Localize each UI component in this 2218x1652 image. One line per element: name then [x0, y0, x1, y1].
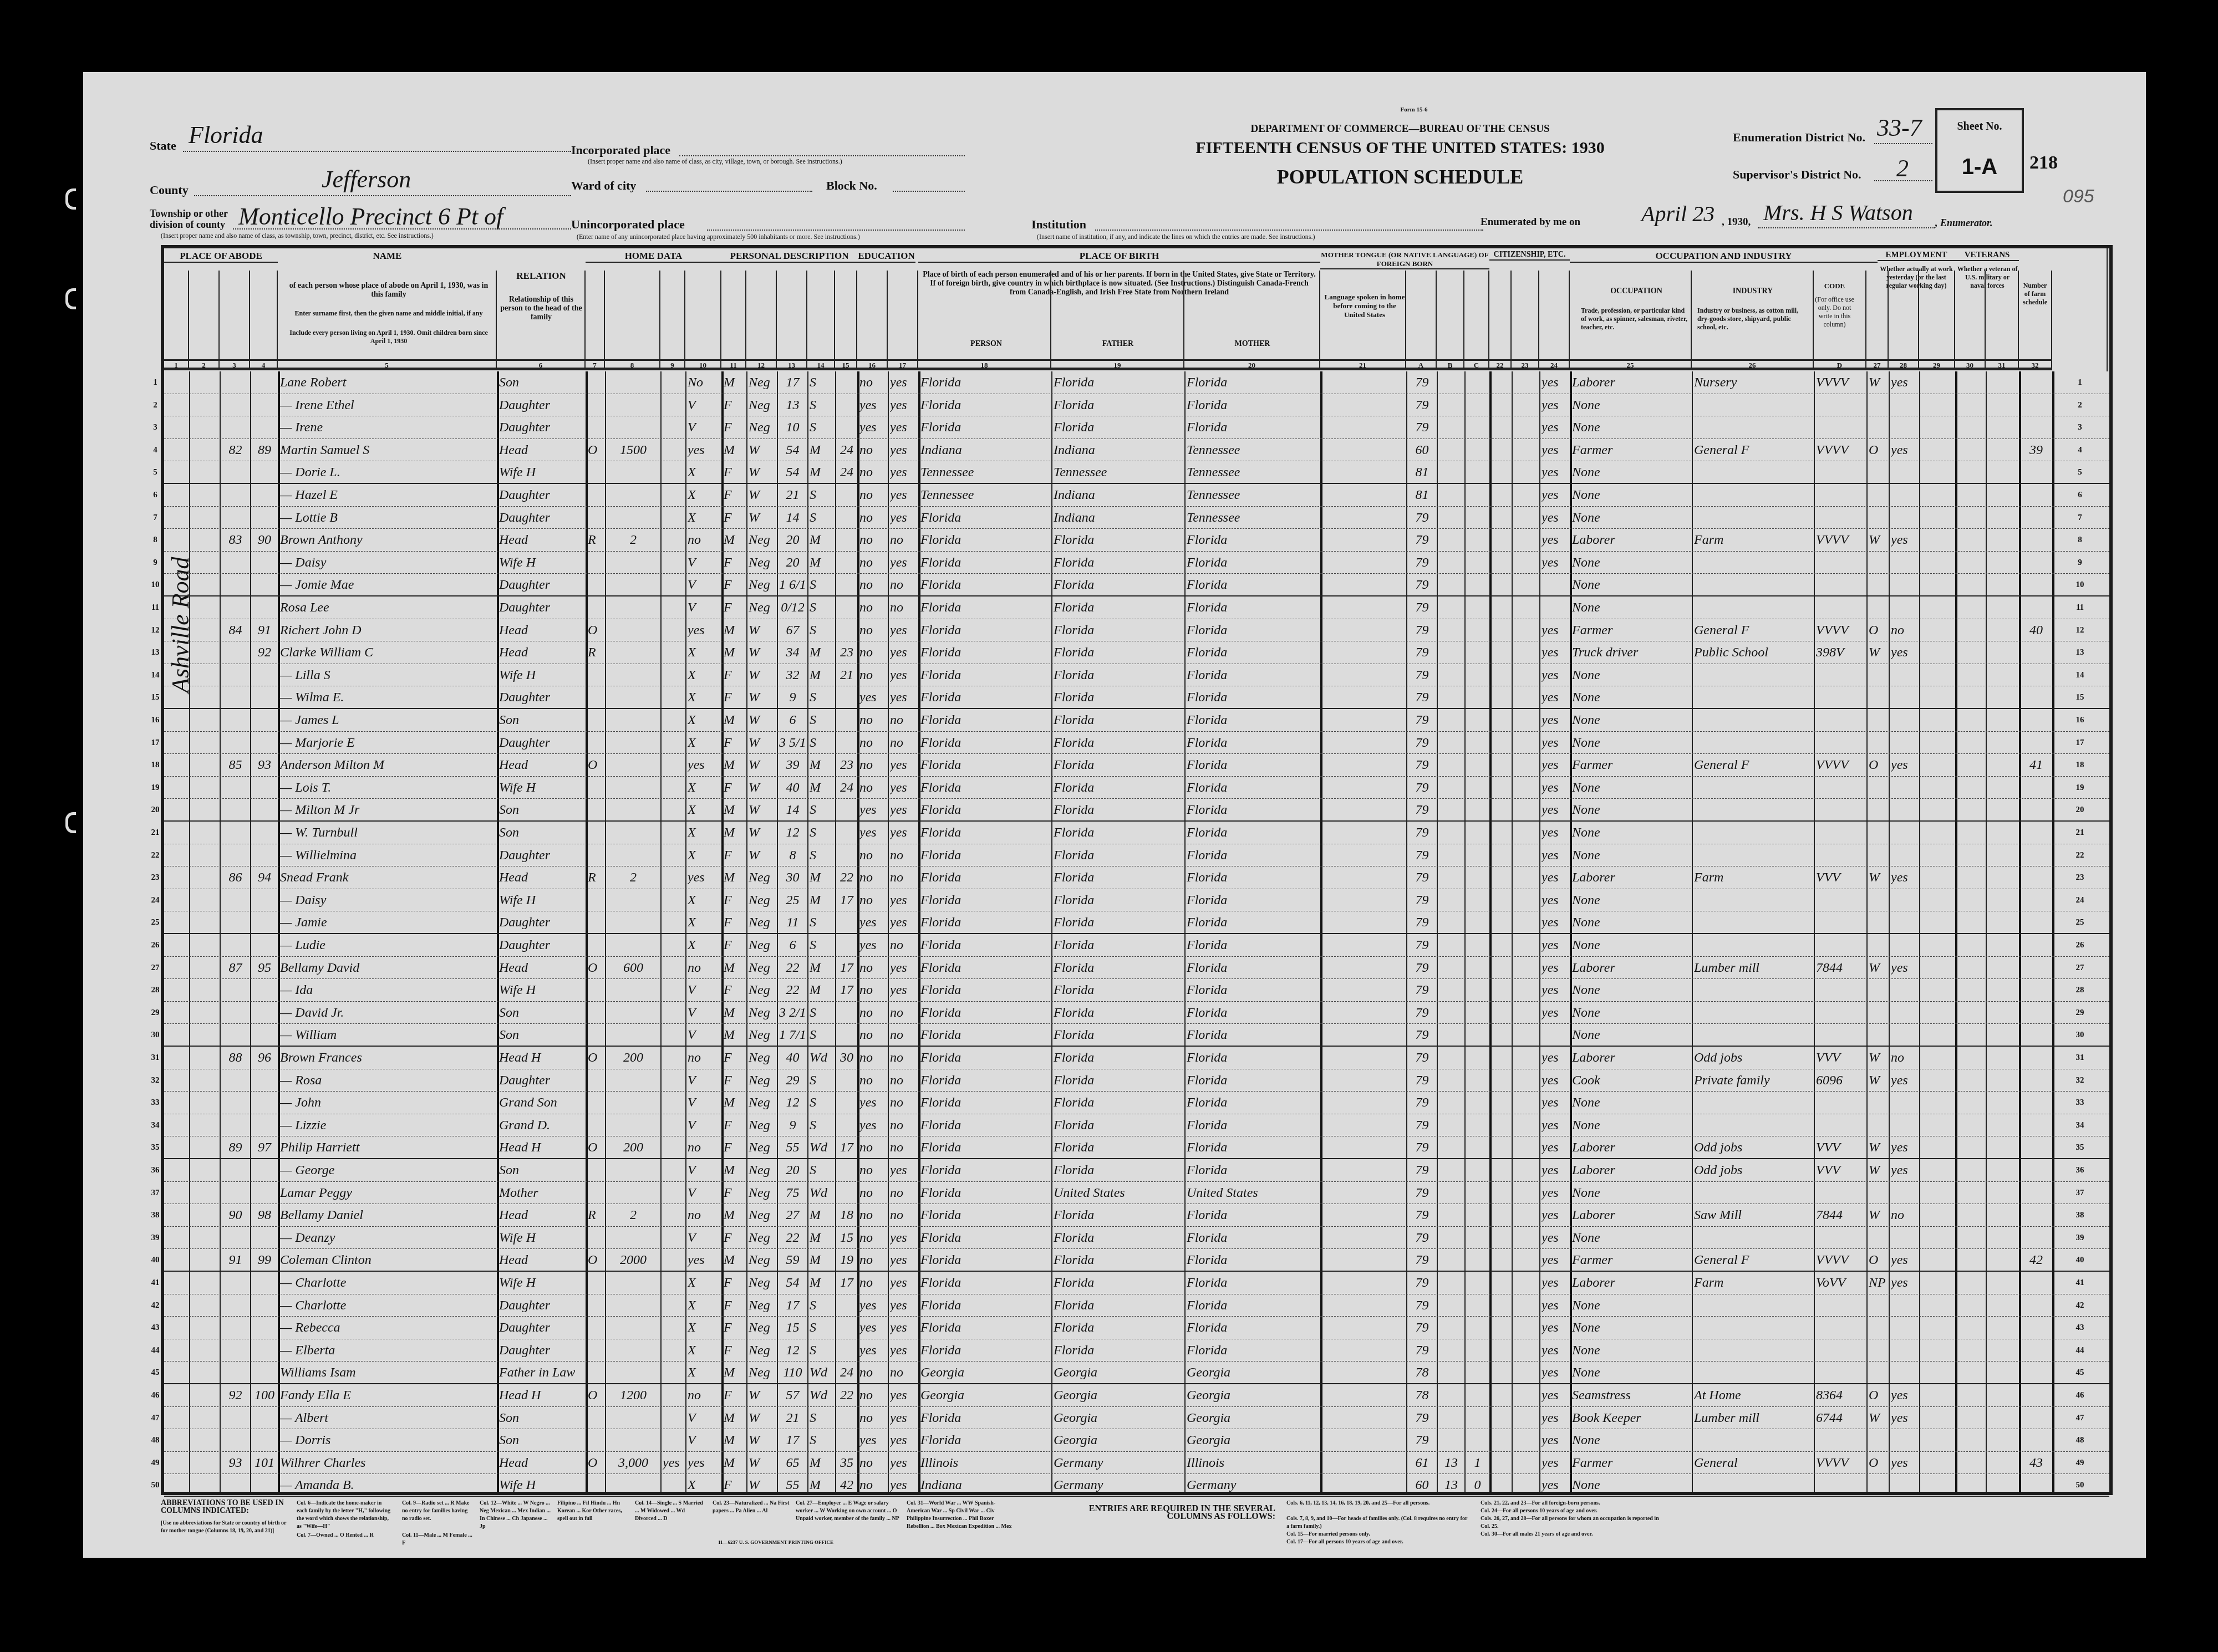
cell-literate[interactable]: yes: [890, 822, 917, 844]
cell-school[interactable]: no: [859, 889, 887, 912]
cell-code-a[interactable]: 79: [1408, 866, 1436, 889]
cell-radio[interactable]: [663, 1204, 684, 1227]
cell-dwelling[interactable]: [222, 371, 249, 394]
cell-english[interactable]: yes: [1542, 1114, 1569, 1137]
cell-family[interactable]: [252, 1362, 277, 1384]
cell-age[interactable]: 8: [779, 844, 806, 867]
cell-age-married[interactable]: [837, 484, 856, 507]
cell-radio[interactable]: [663, 596, 684, 619]
cell-tenure[interactable]: [588, 1474, 604, 1497]
cell-farm-sched[interactable]: [2021, 1317, 2051, 1339]
cell-pob[interactable]: Indiana: [920, 439, 1050, 462]
cell-mother[interactable]: Florida: [1187, 822, 1319, 844]
cell-code-a[interactable]: 79: [1408, 754, 1436, 777]
cell-code-a[interactable]: 78: [1408, 1362, 1436, 1384]
cell-occupation[interactable]: Laborer: [1572, 371, 1691, 394]
cell-class[interactable]: [1869, 732, 1888, 754]
cell-class[interactable]: O: [1869, 1452, 1888, 1475]
cell-code[interactable]: [1816, 911, 1865, 934]
cell-class[interactable]: W: [1869, 1204, 1888, 1227]
cell-family[interactable]: [252, 822, 277, 844]
cell-literate[interactable]: yes: [890, 1159, 917, 1182]
cell-occupation[interactable]: None: [1572, 461, 1691, 484]
cell-family[interactable]: [252, 416, 277, 439]
cell-industry[interactable]: [1694, 394, 1813, 417]
cell-family[interactable]: [252, 596, 277, 619]
cell-age-married[interactable]: 42: [837, 1474, 856, 1497]
cell-age[interactable]: 54: [779, 439, 806, 462]
cell-race[interactable]: Neg: [749, 394, 776, 417]
cell-marital[interactable]: M: [810, 529, 834, 552]
cell-radio[interactable]: [663, 844, 684, 867]
cell-school[interactable]: yes: [859, 416, 887, 439]
cell-father[interactable]: Florida: [1054, 416, 1183, 439]
cell-school[interactable]: yes: [859, 1429, 887, 1452]
cell-farm-sched[interactable]: [2021, 866, 2051, 889]
cell-age-married[interactable]: 35: [837, 1452, 856, 1475]
cell-industry[interactable]: Public School: [1694, 641, 1813, 664]
cell-code-a[interactable]: 79: [1408, 529, 1436, 552]
cell-race[interactable]: Neg: [749, 1047, 776, 1069]
cell-pob[interactable]: Florida: [920, 1249, 1050, 1272]
cell-value[interactable]: [607, 619, 659, 642]
cell-tenure[interactable]: [588, 822, 604, 844]
cell-marital[interactable]: M: [810, 439, 834, 462]
cell-mother[interactable]: Florida: [1187, 1159, 1319, 1182]
cell-age[interactable]: 40: [779, 1047, 806, 1069]
cell-age[interactable]: 30: [779, 866, 806, 889]
cell-school[interactable]: yes: [859, 799, 887, 822]
cell-dwelling[interactable]: [222, 1024, 249, 1047]
cell-age-married[interactable]: [837, 799, 856, 822]
cell-age-married[interactable]: 21: [837, 664, 856, 687]
cell-sex[interactable]: F: [724, 552, 745, 574]
cell-pob[interactable]: Florida: [920, 822, 1050, 844]
cell-code[interactable]: 7844: [1816, 957, 1865, 980]
cell-relation[interactable]: Grand D.: [499, 1114, 584, 1137]
cell-father[interactable]: Germany: [1054, 1452, 1183, 1475]
cell-father[interactable]: Florida: [1054, 394, 1183, 417]
cell-code[interactable]: 6096: [1816, 1069, 1865, 1092]
cell-age[interactable]: 25: [779, 889, 806, 912]
cell-code-a[interactable]: 79: [1408, 1159, 1436, 1182]
cell-class[interactable]: [1869, 1362, 1888, 1384]
cell-code[interactable]: [1816, 1114, 1865, 1137]
cell-occupation[interactable]: None: [1572, 732, 1691, 754]
cell-code-a[interactable]: 79: [1408, 1092, 1436, 1114]
cell-code-c[interactable]: [1467, 866, 1488, 889]
cell-farm-sched[interactable]: [2021, 934, 2051, 957]
cell-farm[interactable]: V: [688, 1092, 720, 1114]
cell-literate[interactable]: no: [890, 529, 917, 552]
cell-farm[interactable]: X: [688, 844, 720, 867]
cell-code-b[interactable]: [1439, 1407, 1463, 1430]
sheet-value[interactable]: 1-A: [1937, 155, 2022, 180]
cell-occupation[interactable]: None: [1572, 1362, 1691, 1384]
cell-industry[interactable]: [1694, 1024, 1813, 1047]
cell-code-b[interactable]: [1439, 1227, 1463, 1250]
cell-farm-sched[interactable]: [2021, 1069, 2051, 1092]
cell-code-c[interactable]: [1467, 484, 1488, 507]
cell-literate[interactable]: yes: [890, 1272, 917, 1294]
cell-age[interactable]: 55: [779, 1474, 806, 1497]
cell-class[interactable]: W: [1869, 1159, 1888, 1182]
cell-class[interactable]: O: [1869, 1384, 1888, 1407]
cell-tenure[interactable]: O: [588, 439, 604, 462]
cell-dwelling[interactable]: 82: [222, 439, 249, 462]
cell-father[interactable]: Florida: [1054, 889, 1183, 912]
cell-radio[interactable]: [663, 371, 684, 394]
cell-mother[interactable]: Florida: [1187, 889, 1319, 912]
cell-age[interactable]: 14: [779, 507, 806, 529]
cell-english[interactable]: yes: [1542, 822, 1569, 844]
cell-industry[interactable]: Saw Mill: [1694, 1204, 1813, 1227]
cell-father[interactable]: Florida: [1054, 777, 1183, 799]
cell-father[interactable]: Florida: [1054, 1002, 1183, 1024]
cell-dwelling[interactable]: [222, 416, 249, 439]
cell-code-b[interactable]: [1439, 371, 1463, 394]
cell-sex[interactable]: M: [724, 1429, 745, 1452]
cell-family[interactable]: [252, 889, 277, 912]
cell-age-married[interactable]: [837, 1002, 856, 1024]
cell-mother[interactable]: Florida: [1187, 1047, 1319, 1069]
cell-marital[interactable]: S: [810, 1159, 834, 1182]
cell-value[interactable]: [607, 1362, 659, 1384]
cell-value[interactable]: [607, 641, 659, 664]
cell-code-c[interactable]: [1467, 507, 1488, 529]
cell-family[interactable]: 91: [252, 619, 277, 642]
cell-code-c[interactable]: [1467, 416, 1488, 439]
cell-tenure[interactable]: O: [588, 957, 604, 980]
cell-farm[interactable]: V: [688, 596, 720, 619]
cell-mother[interactable]: Florida: [1187, 732, 1319, 754]
cell-english[interactable]: yes: [1542, 686, 1569, 709]
cell-code-b[interactable]: [1439, 777, 1463, 799]
cell-mother[interactable]: Florida: [1187, 371, 1319, 394]
cell-code-a[interactable]: 79: [1408, 596, 1436, 619]
cell-marital[interactable]: S: [810, 1317, 834, 1339]
cell-relation[interactable]: Daughter: [499, 394, 584, 417]
cell-occupation[interactable]: None: [1572, 416, 1691, 439]
cell-tenure[interactable]: [588, 1362, 604, 1384]
cell-value[interactable]: [607, 1024, 659, 1047]
cell-name[interactable]: Richert John D: [280, 619, 496, 642]
cell-dwelling[interactable]: [222, 1474, 249, 1497]
cell-value[interactable]: [607, 1227, 659, 1250]
cell-radio[interactable]: [663, 732, 684, 754]
cell-occupation[interactable]: None: [1572, 911, 1691, 934]
cell-english[interactable]: yes: [1542, 1474, 1569, 1497]
cell-class[interactable]: [1869, 1429, 1888, 1452]
cell-pob[interactable]: Florida: [920, 1407, 1050, 1430]
cell-english[interactable]: yes: [1542, 439, 1569, 462]
cell-value[interactable]: [607, 1069, 659, 1092]
cell-radio[interactable]: [663, 1182, 684, 1205]
cell-farm-sched[interactable]: [2021, 1474, 2051, 1497]
cell-code-a[interactable]: 79: [1408, 371, 1436, 394]
cell-tenure[interactable]: [588, 844, 604, 867]
cell-tenure[interactable]: O: [588, 619, 604, 642]
cell-race[interactable]: Neg: [749, 1227, 776, 1250]
cell-farm-sched[interactable]: [2021, 1384, 2051, 1407]
cell-race[interactable]: W: [749, 1429, 776, 1452]
cell-farm[interactable]: yes: [688, 754, 720, 777]
cell-code-c[interactable]: [1467, 1182, 1488, 1205]
cell-class[interactable]: [1869, 507, 1888, 529]
cell-code-b[interactable]: [1439, 979, 1463, 1002]
cell-code-b[interactable]: [1439, 934, 1463, 957]
cell-marital[interactable]: Wd: [810, 1384, 834, 1407]
cell-code-b[interactable]: [1439, 1249, 1463, 1272]
cell-age-married[interactable]: [837, 1092, 856, 1114]
cell-race[interactable]: Neg: [749, 1272, 776, 1294]
cell-mother[interactable]: Florida: [1187, 686, 1319, 709]
cell-relation[interactable]: Wife H: [499, 664, 584, 687]
cell-pob[interactable]: Florida: [920, 619, 1050, 642]
cell-literate[interactable]: yes: [890, 799, 917, 822]
cell-pob[interactable]: Florida: [920, 1002, 1050, 1024]
cell-school[interactable]: yes: [859, 394, 887, 417]
cell-age[interactable]: 1 6/12: [779, 574, 806, 596]
cell-name[interactable]: — Rosa: [280, 1069, 496, 1092]
cell-sex[interactable]: F: [724, 732, 745, 754]
cell-value[interactable]: [607, 777, 659, 799]
cell-pob[interactable]: Florida: [920, 596, 1050, 619]
cell-race[interactable]: W: [749, 461, 776, 484]
cell-work[interactable]: [1891, 1024, 1918, 1047]
cell-family[interactable]: [252, 1114, 277, 1137]
cell-father[interactable]: Florida: [1054, 1227, 1183, 1250]
cell-english[interactable]: yes: [1542, 1002, 1569, 1024]
cell-industry[interactable]: [1694, 596, 1813, 619]
cell-farm-sched[interactable]: [2021, 1339, 2051, 1362]
cell-english[interactable]: yes: [1542, 979, 1569, 1002]
cell-code-b[interactable]: [1439, 1339, 1463, 1362]
cell-code-b[interactable]: [1439, 416, 1463, 439]
cell-age[interactable]: 3 2/12: [779, 1002, 806, 1024]
cell-sex[interactable]: F: [724, 1384, 745, 1407]
cell-farm[interactable]: V: [688, 394, 720, 417]
cell-pob[interactable]: Tennessee: [920, 484, 1050, 507]
cell-school[interactable]: yes: [859, 934, 887, 957]
cell-family[interactable]: 93: [252, 754, 277, 777]
cell-race[interactable]: Neg: [749, 1249, 776, 1272]
cell-value[interactable]: [607, 1317, 659, 1339]
cell-marital[interactable]: S: [810, 619, 834, 642]
cell-code[interactable]: [1816, 844, 1865, 867]
cell-relation[interactable]: Mother: [499, 1182, 584, 1205]
cell-english[interactable]: [1542, 574, 1569, 596]
cell-age-married[interactable]: 19: [837, 1249, 856, 1272]
cell-radio[interactable]: [663, 979, 684, 1002]
cell-dwelling[interactable]: [222, 732, 249, 754]
cell-industry[interactable]: General F: [1694, 619, 1813, 642]
cell-code-c[interactable]: [1467, 934, 1488, 957]
cell-race[interactable]: Neg: [749, 889, 776, 912]
cell-marital[interactable]: M: [810, 1272, 834, 1294]
cell-race[interactable]: Neg: [749, 1069, 776, 1092]
cell-marital[interactable]: S: [810, 1407, 834, 1430]
cell-code-c[interactable]: [1467, 957, 1488, 980]
cell-mother[interactable]: Florida: [1187, 664, 1319, 687]
cell-industry[interactable]: [1694, 1317, 1813, 1339]
cell-race[interactable]: W: [749, 732, 776, 754]
cell-school[interactable]: no: [859, 979, 887, 1002]
cell-family[interactable]: [252, 686, 277, 709]
cell-industry[interactable]: General F: [1694, 1249, 1813, 1272]
cell-sex[interactable]: F: [724, 1227, 745, 1250]
cell-literate[interactable]: no: [890, 1069, 917, 1092]
cell-industry[interactable]: [1694, 1339, 1813, 1362]
cell-farm-sched[interactable]: [2021, 371, 2051, 394]
cell-dwelling[interactable]: [222, 1407, 249, 1430]
cell-relation[interactable]: Daughter: [499, 574, 584, 596]
cell-occupation[interactable]: None: [1572, 1339, 1691, 1362]
cell-age[interactable]: 14: [779, 799, 806, 822]
cell-class[interactable]: W: [1869, 957, 1888, 980]
cell-farm[interactable]: V: [688, 1024, 720, 1047]
cell-name[interactable]: — Elberta: [280, 1339, 496, 1362]
cell-family[interactable]: [252, 461, 277, 484]
cell-work[interactable]: [1891, 822, 1918, 844]
cell-code-c[interactable]: [1467, 664, 1488, 687]
cell-name[interactable]: — Lois T.: [280, 777, 496, 799]
cell-farm[interactable]: X: [688, 641, 720, 664]
cell-code-c[interactable]: [1467, 394, 1488, 417]
cell-pob[interactable]: Florida: [920, 1272, 1050, 1294]
cell-age-married[interactable]: [837, 1069, 856, 1092]
cell-race[interactable]: W: [749, 799, 776, 822]
cell-industry[interactable]: Odd jobs: [1694, 1159, 1813, 1182]
cell-race[interactable]: W: [749, 619, 776, 642]
cell-value[interactable]: [607, 1429, 659, 1452]
cell-pob[interactable]: Georgia: [920, 1362, 1050, 1384]
cell-age-married[interactable]: [837, 371, 856, 394]
cell-family[interactable]: [252, 1182, 277, 1205]
county-value[interactable]: Jefferson: [322, 165, 411, 193]
cell-code[interactable]: VVVV: [1816, 1249, 1865, 1272]
cell-age[interactable]: 27: [779, 1204, 806, 1227]
cell-relation[interactable]: Son: [499, 371, 584, 394]
cell-tenure[interactable]: [588, 664, 604, 687]
cell-age[interactable]: 21: [779, 1407, 806, 1430]
cell-age-married[interactable]: 17: [837, 979, 856, 1002]
cell-industry[interactable]: [1694, 552, 1813, 574]
cell-mother[interactable]: Florida: [1187, 799, 1319, 822]
cell-farm[interactable]: X: [688, 1362, 720, 1384]
cell-school[interactable]: no: [859, 1069, 887, 1092]
cell-class[interactable]: [1869, 979, 1888, 1002]
cell-work[interactable]: no: [1891, 1047, 1918, 1069]
cell-occupation[interactable]: Book Keeper: [1572, 1407, 1691, 1430]
cell-code[interactable]: VVVV: [1816, 371, 1865, 394]
cell-industry[interactable]: [1694, 777, 1813, 799]
cell-value[interactable]: [607, 911, 659, 934]
cell-class[interactable]: W: [1869, 1069, 1888, 1092]
cell-father[interactable]: Tennessee: [1054, 461, 1183, 484]
cell-father[interactable]: Florida: [1054, 1092, 1183, 1114]
cell-value[interactable]: [607, 979, 659, 1002]
cell-class[interactable]: W: [1869, 1407, 1888, 1430]
cell-relation[interactable]: Son: [499, 1002, 584, 1024]
cell-school[interactable]: no: [859, 529, 887, 552]
cell-mother[interactable]: Florida: [1187, 934, 1319, 957]
cell-farm-sched[interactable]: [2021, 1092, 2051, 1114]
cell-code-a[interactable]: 79: [1408, 507, 1436, 529]
cell-pob[interactable]: Indiana: [920, 1474, 1050, 1497]
cell-pob[interactable]: Florida: [920, 866, 1050, 889]
cell-family[interactable]: [252, 1159, 277, 1182]
cell-relation[interactable]: Father in Law: [499, 1362, 584, 1384]
cell-radio[interactable]: [663, 1317, 684, 1339]
cell-code-c[interactable]: [1467, 596, 1488, 619]
cell-age-married[interactable]: [837, 732, 856, 754]
cell-school[interactable]: yes: [859, 1339, 887, 1362]
cell-age-married[interactable]: [837, 574, 856, 596]
cell-pob[interactable]: Florida: [920, 844, 1050, 867]
cell-name[interactable]: — Daisy: [280, 889, 496, 912]
cell-occupation[interactable]: None: [1572, 822, 1691, 844]
cell-age[interactable]: 34: [779, 641, 806, 664]
cell-sex[interactable]: F: [724, 1069, 745, 1092]
cell-work[interactable]: [1891, 1227, 1918, 1250]
cell-school[interactable]: no: [859, 754, 887, 777]
cell-english[interactable]: yes: [1542, 664, 1569, 687]
cell-name[interactable]: Lamar Peggy: [280, 1182, 496, 1205]
cell-radio[interactable]: [663, 1114, 684, 1137]
cell-code-b[interactable]: [1439, 957, 1463, 980]
cell-father[interactable]: Florida: [1054, 732, 1183, 754]
cell-mother[interactable]: Florida: [1187, 957, 1319, 980]
cell-marital[interactable]: M: [810, 1452, 834, 1475]
cell-tenure[interactable]: [588, 416, 604, 439]
cell-sex[interactable]: F: [724, 596, 745, 619]
cell-father[interactable]: Florida: [1054, 596, 1183, 619]
cell-code-a[interactable]: 79: [1408, 416, 1436, 439]
cell-radio[interactable]: [663, 574, 684, 596]
cell-code-a[interactable]: 79: [1408, 1136, 1436, 1159]
cell-radio[interactable]: [663, 664, 684, 687]
cell-code[interactable]: [1816, 1362, 1865, 1384]
cell-class[interactable]: [1869, 799, 1888, 822]
cell-age[interactable]: 9: [779, 686, 806, 709]
cell-dwelling[interactable]: [222, 1182, 249, 1205]
cell-occupation[interactable]: None: [1572, 934, 1691, 957]
cell-dwelling[interactable]: 83: [222, 529, 249, 552]
cell-mother[interactable]: Florida: [1187, 709, 1319, 732]
cell-name[interactable]: — David Jr.: [280, 1002, 496, 1024]
cell-value[interactable]: [607, 844, 659, 867]
cell-tenure[interactable]: [588, 799, 604, 822]
cell-farm-sched[interactable]: [2021, 416, 2051, 439]
cell-father[interactable]: Florida: [1054, 1114, 1183, 1137]
cell-literate[interactable]: no: [890, 1092, 917, 1114]
cell-code[interactable]: [1816, 1002, 1865, 1024]
cell-race[interactable]: W: [749, 1452, 776, 1475]
cell-sex[interactable]: F: [724, 686, 745, 709]
cell-literate[interactable]: no: [890, 866, 917, 889]
cell-age-married[interactable]: [837, 596, 856, 619]
cell-dwelling[interactable]: [222, 1159, 249, 1182]
cell-marital[interactable]: M: [810, 866, 834, 889]
cell-value[interactable]: 200: [607, 1047, 659, 1069]
cell-code-c[interactable]: [1467, 1002, 1488, 1024]
cell-english[interactable]: yes: [1542, 507, 1569, 529]
cell-class[interactable]: W: [1869, 1136, 1888, 1159]
cell-age-married[interactable]: 24: [837, 461, 856, 484]
cell-farm[interactable]: X: [688, 934, 720, 957]
cell-mother[interactable]: Florida: [1187, 529, 1319, 552]
